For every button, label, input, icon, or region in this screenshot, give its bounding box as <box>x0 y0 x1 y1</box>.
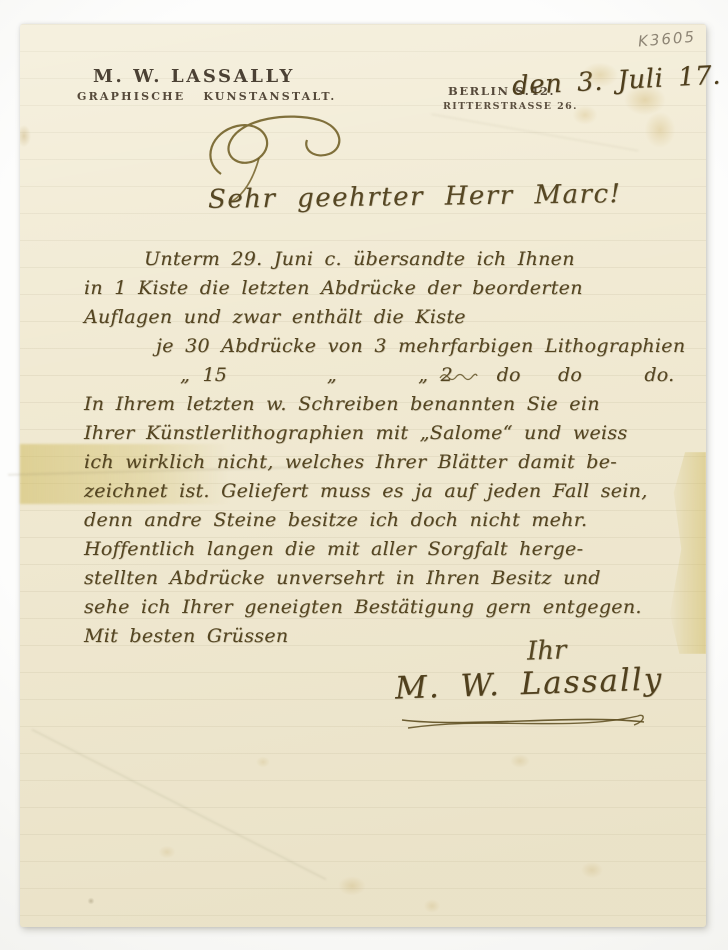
letter-line: Unterm 29. Juni c. übersandte ich Ihnen <box>84 248 684 277</box>
letter-line: Mit besten Grüssen <box>84 625 684 654</box>
insertion-mark <box>438 372 478 382</box>
letter-line: sehe ich Ihrer geneigten Bestätigung ger… <box>84 596 684 625</box>
letter-line: In Ihrem letzten w. Schreiben benannten … <box>84 393 684 422</box>
salutation: Sehr geehrter Herr Marc! <box>208 179 622 215</box>
letter-line: ich wirklich nicht, welches Ihrer Blätte… <box>84 451 684 480</box>
crease-line <box>432 114 639 151</box>
letter-line-ditto: „ 15 „ „ 2 do do do. <box>84 364 684 393</box>
letter-line: Auflagen und zwar enthält die Kiste <box>84 306 684 335</box>
scan-background: { "colors": { "paper": "#f1ead3", "ink":… <box>0 0 728 950</box>
letter-line: stellten Abdrücke unversehrt in Ihren Be… <box>84 567 684 596</box>
letter-line: Ihrer Künstlerlithographien mit „Salome“… <box>84 422 684 451</box>
signature-flourish <box>398 712 650 738</box>
letterhead-company-name: M. W. LASSALLY <box>93 66 295 87</box>
letter-line: zeichnet ist. Geliefert muss es ja auf j… <box>84 480 684 509</box>
letter-line: Hoffentlich langen die mit aller Sorgfal… <box>84 538 684 567</box>
archive-label: K3605 <box>637 28 696 51</box>
letterhead-subtitle: GRAPHISCHE KUNSTANSTALT. <box>77 90 336 103</box>
closing-valediction: Ihr <box>526 635 566 666</box>
letter-body: Unterm 29. Juni c. übersandte ich Ihnen … <box>84 248 684 654</box>
signature: M. W. Lassally <box>394 661 663 706</box>
letter-line: denn andre Steine besitze ich doch nicht… <box>84 509 684 538</box>
crease-line <box>32 729 326 880</box>
letterhead-street: RITTERSTRASSE 26. <box>443 101 578 112</box>
letter-line: in 1 Kiste die letzten Abdrücke der beor… <box>84 277 684 306</box>
letter-line: je 30 Abdrücke von 3 mehrfarbigen Lithog… <box>84 335 684 364</box>
handwritten-date: den 3. Juli 17. <box>511 61 721 102</box>
letter-page: K3605 M. W. LASSALLY GRAPHISCHE KUNSTANS… <box>20 24 706 927</box>
